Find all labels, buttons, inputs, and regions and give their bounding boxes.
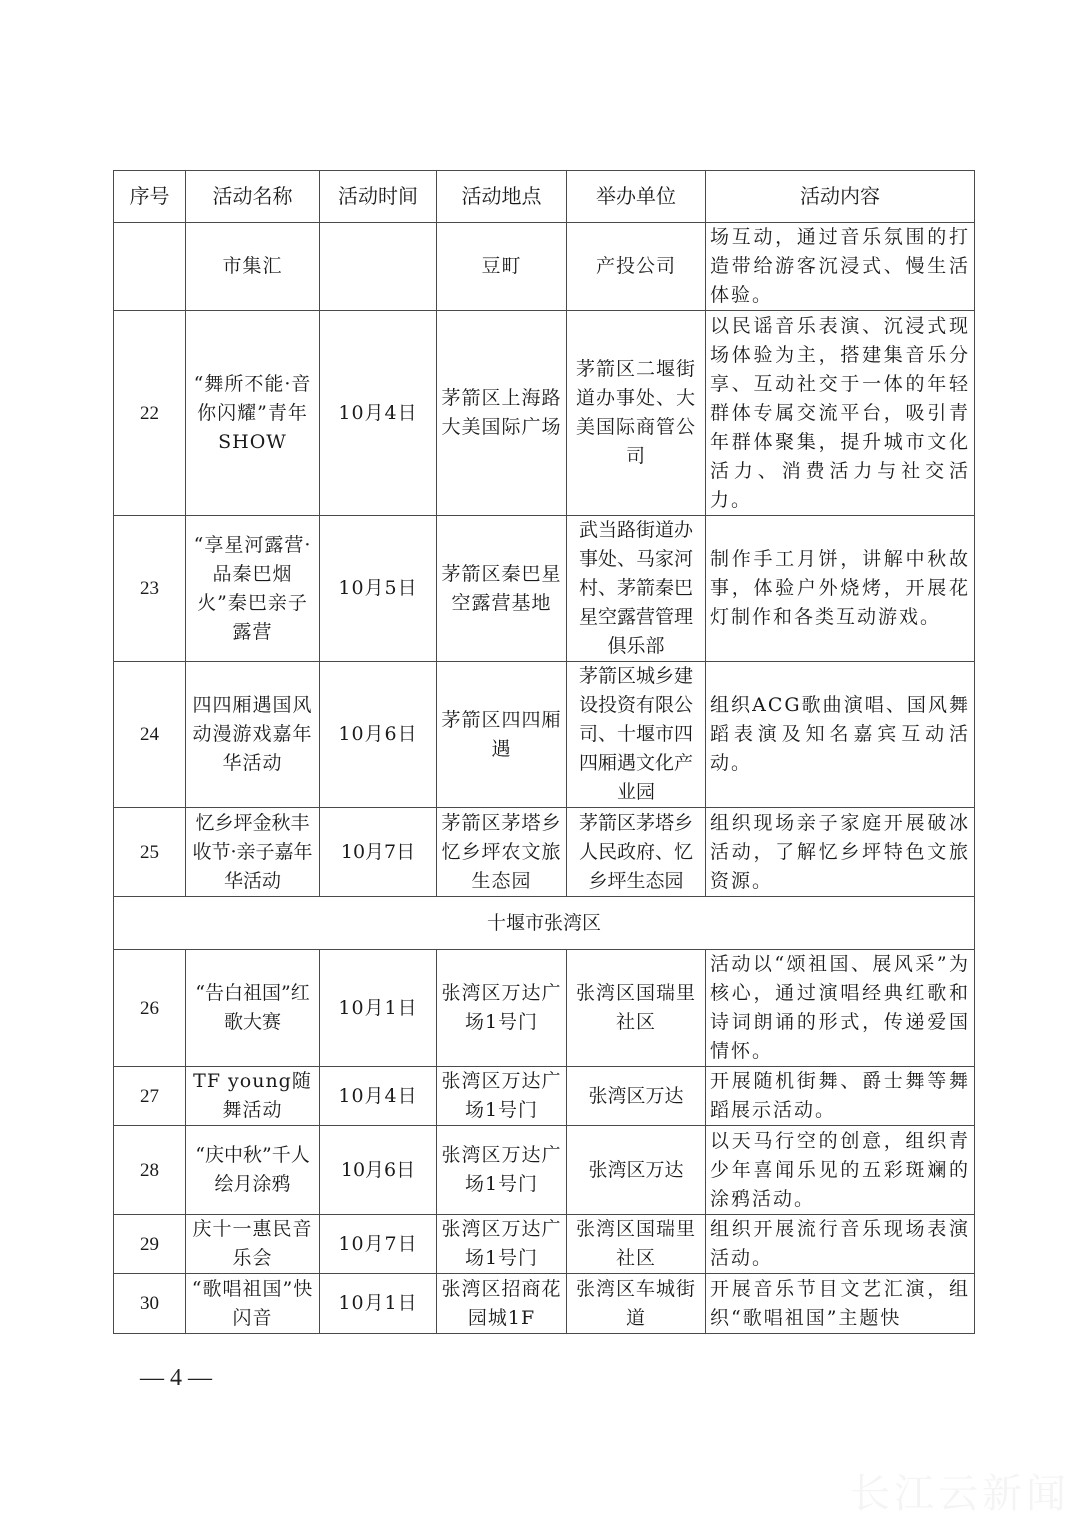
row-organizer: 张湾区国瑞里社区 bbox=[567, 950, 706, 1067]
watermark-logo: 长江云新闻 bbox=[850, 1462, 1070, 1519]
table-row: 22 “舞所不能·音你闪耀”青年SHOW 10月4日 茅箭区上海路大美国际广场 … bbox=[114, 311, 975, 516]
row-content: 以天马行空的创意，组织青少年喜闻乐见的五彩斑斓的涂鸦活动。 bbox=[706, 1126, 975, 1215]
row-content: 活动以“颂祖国、展风采”为核心，通过演唱经典红歌和诗词朗诵的形式，传递爱国情怀。 bbox=[706, 950, 975, 1067]
row-name: 庆十一惠民音乐会 bbox=[186, 1215, 320, 1274]
row-name: “告白祖国”红歌大赛 bbox=[186, 950, 320, 1067]
activity-table: 序号 活动名称 活动时间 活动地点 举办单位 活动内容 市集汇 豆町 产投公司 … bbox=[113, 170, 975, 1334]
row-organizer: 茅箭区城乡建设投资有限公司、十堰市四四厢遇文化产业园 bbox=[567, 662, 706, 808]
row-no: 24 bbox=[114, 662, 186, 808]
header-organizer: 举办单位 bbox=[567, 171, 706, 223]
row-time: 10月1日 bbox=[320, 1274, 437, 1334]
row-name: “享星河露营·品秦巴烟火”秦巴亲子露营 bbox=[186, 516, 320, 662]
row-time bbox=[320, 223, 437, 311]
page-number: — 4 — bbox=[140, 1365, 212, 1392]
table-header-row: 序号 活动名称 活动时间 活动地点 举办单位 活动内容 bbox=[114, 171, 975, 223]
row-time: 10月7日 bbox=[320, 1215, 437, 1274]
row-no: 25 bbox=[114, 808, 186, 897]
row-no: 28 bbox=[114, 1126, 186, 1215]
row-place: 张湾区万达广场1号门 bbox=[437, 1215, 567, 1274]
row-content: 组织ACG歌曲演唱、国风舞蹈表演及知名嘉宾互动活动。 bbox=[706, 662, 975, 808]
row-no: 22 bbox=[114, 311, 186, 516]
row-no: 26 bbox=[114, 950, 186, 1067]
row-no: 27 bbox=[114, 1067, 186, 1126]
row-name: “庆中秋”千人绘月涂鸦 bbox=[186, 1126, 320, 1215]
row-name: “舞所不能·音你闪耀”青年SHOW bbox=[186, 311, 320, 516]
row-time: 10月6日 bbox=[320, 662, 437, 808]
row-name: 市集汇 bbox=[186, 223, 320, 311]
row-place: 茅箭区茅塔乡忆乡坪农文旅生态园 bbox=[437, 808, 567, 897]
section-title: 十堰市张湾区 bbox=[114, 897, 975, 950]
header-name: 活动名称 bbox=[186, 171, 320, 223]
row-organizer: 茅箭区二堰街道办事处、大美国际商管公司 bbox=[567, 311, 706, 516]
row-time: 10月5日 bbox=[320, 516, 437, 662]
row-content: 制作手工月饼，讲解中秋故事，体验户外烧烤，开展花灯制作和各类互动游戏。 bbox=[706, 516, 975, 662]
header-content: 活动内容 bbox=[706, 171, 975, 223]
row-name: 忆乡坪金秋丰收节·亲子嘉年华活动 bbox=[186, 808, 320, 897]
row-no: 30 bbox=[114, 1274, 186, 1334]
row-name: “歌唱祖国”快闪音 bbox=[186, 1274, 320, 1334]
table-row: 23 “享星河露营·品秦巴烟火”秦巴亲子露营 10月5日 茅箭区秦巴星空露营基地… bbox=[114, 516, 975, 662]
row-place: 张湾区万达广场1号门 bbox=[437, 950, 567, 1067]
row-place: 张湾区万达广场1号门 bbox=[437, 1126, 567, 1215]
section-row: 十堰市张湾区 bbox=[114, 897, 975, 950]
row-time: 10月4日 bbox=[320, 1067, 437, 1126]
row-time: 10月1日 bbox=[320, 950, 437, 1067]
row-organizer: 武当路街道办事处、马家河村、茅箭秦巴星空露营管理俱乐部 bbox=[567, 516, 706, 662]
row-time: 10月7日 bbox=[320, 808, 437, 897]
table-row: 30 “歌唱祖国”快闪音 10月1日 张湾区招商花园城1F 张湾区车城街道 开展… bbox=[114, 1274, 975, 1334]
row-time: 10月4日 bbox=[320, 311, 437, 516]
document-page: 序号 活动名称 活动时间 活动地点 举办单位 活动内容 市集汇 豆町 产投公司 … bbox=[0, 0, 1080, 1528]
row-organizer: 张湾区万达 bbox=[567, 1067, 706, 1126]
row-content: 开展音乐节目文艺汇演，组织“歌唱祖国”主题快 bbox=[706, 1274, 975, 1334]
row-organizer: 产投公司 bbox=[567, 223, 706, 311]
row-name: TF young随舞活动 bbox=[186, 1067, 320, 1126]
row-no: 29 bbox=[114, 1215, 186, 1274]
row-time: 10月6日 bbox=[320, 1126, 437, 1215]
row-organizer: 茅箭区茅塔乡人民政府、忆乡坪生态园 bbox=[567, 808, 706, 897]
table-row: 25 忆乡坪金秋丰收节·亲子嘉年华活动 10月7日 茅箭区茅塔乡忆乡坪农文旅生态… bbox=[114, 808, 975, 897]
table-row: 市集汇 豆町 产投公司 场互动，通过音乐氛围的打造带给游客沉浸式、慢生活体验。 bbox=[114, 223, 975, 311]
header-no: 序号 bbox=[114, 171, 186, 223]
row-content: 组织现场亲子家庭开展破冰活动，了解忆乡坪特色文旅资源。 bbox=[706, 808, 975, 897]
row-content: 开展随机街舞、爵士舞等舞蹈展示活动。 bbox=[706, 1067, 975, 1126]
row-organizer: 张湾区万达 bbox=[567, 1126, 706, 1215]
table-row: 28 “庆中秋”千人绘月涂鸦 10月6日 张湾区万达广场1号门 张湾区万达 以天… bbox=[114, 1126, 975, 1215]
header-time: 活动时间 bbox=[320, 171, 437, 223]
row-organizer: 张湾区车城街道 bbox=[567, 1274, 706, 1334]
row-content: 场互动，通过音乐氛围的打造带给游客沉浸式、慢生活体验。 bbox=[706, 223, 975, 311]
row-content: 组织开展流行音乐现场表演活动。 bbox=[706, 1215, 975, 1274]
row-place: 张湾区万达广场1号门 bbox=[437, 1067, 567, 1126]
row-name: 四四厢遇国风动漫游戏嘉年华活动 bbox=[186, 662, 320, 808]
row-place: 茅箭区上海路大美国际广场 bbox=[437, 311, 567, 516]
table-row: 26 “告白祖国”红歌大赛 10月1日 张湾区万达广场1号门 张湾区国瑞里社区 … bbox=[114, 950, 975, 1067]
row-no: 23 bbox=[114, 516, 186, 662]
table-row: 29 庆十一惠民音乐会 10月7日 张湾区万达广场1号门 张湾区国瑞里社区 组织… bbox=[114, 1215, 975, 1274]
row-place: 茅箭区四四厢遇 bbox=[437, 662, 567, 808]
row-organizer: 张湾区国瑞里社区 bbox=[567, 1215, 706, 1274]
row-place: 张湾区招商花园城1F bbox=[437, 1274, 567, 1334]
table-row: 27 TF young随舞活动 10月4日 张湾区万达广场1号门 张湾区万达 开… bbox=[114, 1067, 975, 1126]
header-place: 活动地点 bbox=[437, 171, 567, 223]
row-place: 茅箭区秦巴星空露营基地 bbox=[437, 516, 567, 662]
row-content: 以民谣音乐表演、沉浸式现场体验为主，搭建集音乐分享、互动社交于一体的年轻群体专属… bbox=[706, 311, 975, 516]
table-row: 24 四四厢遇国风动漫游戏嘉年华活动 10月6日 茅箭区四四厢遇 茅箭区城乡建设… bbox=[114, 662, 975, 808]
row-place: 豆町 bbox=[437, 223, 567, 311]
row-no bbox=[114, 223, 186, 311]
